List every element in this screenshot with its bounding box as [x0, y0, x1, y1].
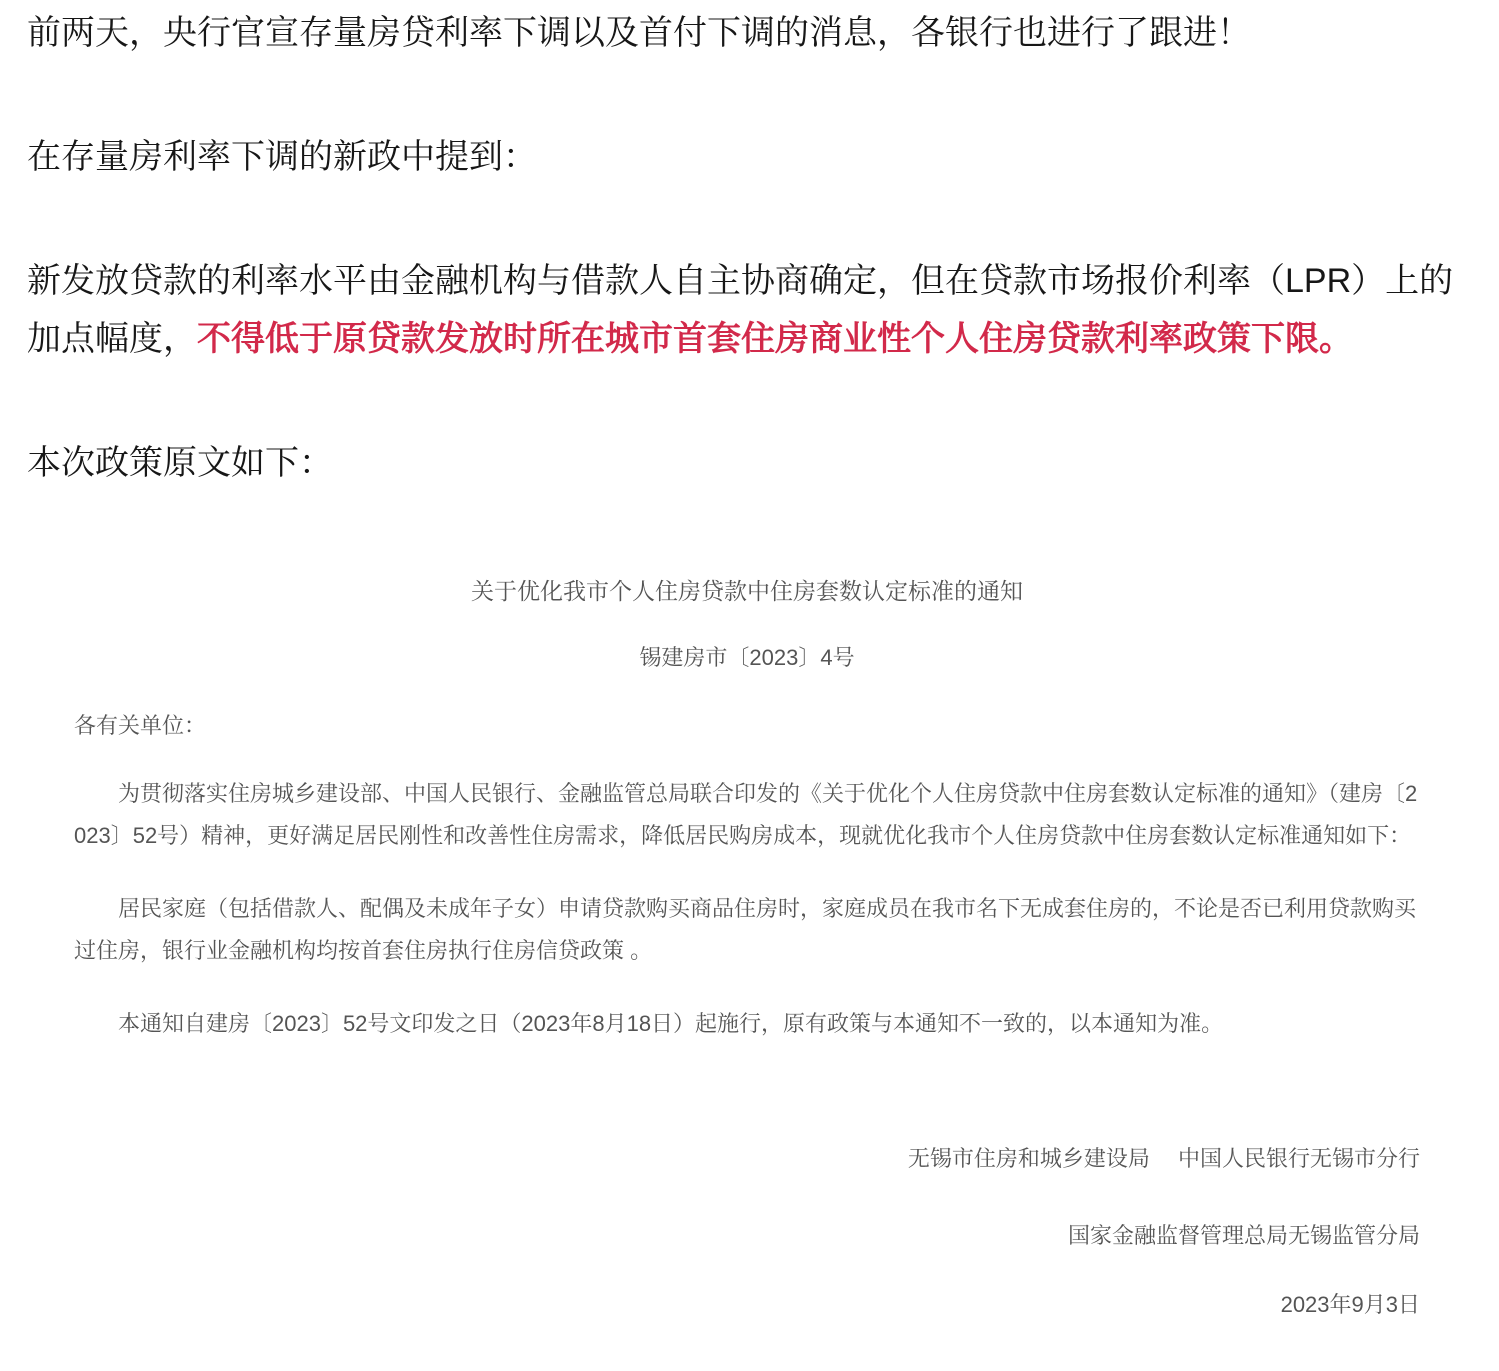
policy-notice-document: 关于优化我市个人住房贷款中住房套数认定标准的通知 锡建房市〔2023〕4号 各有…: [27, 570, 1481, 1326]
notice-title: 关于优化我市个人住房贷款中住房套数认定标准的通知: [74, 570, 1420, 612]
notice-paragraph-1: 为贯彻落实住房城乡建设部、中国人民银行、金融监管总局联合印发的《关于优化个人住房…: [74, 773, 1420, 857]
notice-salutation: 各有关单位：: [74, 705, 1420, 747]
notice-signature-line-1: 无锡市住房和城乡建设局 中国人民银行无锡市分行: [74, 1138, 1420, 1180]
notice-paragraph-2: 居民家庭（包括借款人、配偶及未成年子女）申请贷款购买商品住房时，家庭成员在我市名…: [74, 888, 1420, 972]
intro-paragraph-1: 前两天，央行官宣存量房贷利率下调以及首付下调的消息，各银行也进行了跟进！: [27, 4, 1481, 62]
notice-signature-line-2: 国家金融监督管理总局无锡监管分局: [74, 1215, 1420, 1257]
highlighted-policy-restriction: 不得低于原贷款发放时所在城市首套住房商业性个人住房贷款利率政策下限。: [197, 320, 1353, 358]
article-page: 前两天，央行官宣存量房贷利率下调以及首付下调的消息，各银行也进行了跟进！ 在存量…: [0, 0, 1499, 1326]
intro-paragraph-2: 在存量房利率下调的新政中提到：: [27, 128, 1481, 186]
intro-paragraph-4: 本次政策原文如下：: [27, 434, 1481, 492]
notice-date: 2023年9月3日: [74, 1284, 1420, 1326]
notice-doc-number: 锡建房市〔2023〕4号: [74, 637, 1420, 679]
notice-signature-block: 无锡市住房和城乡建设局 中国人民银行无锡市分行 国家金融监督管理总局无锡监管分局…: [74, 1138, 1420, 1326]
intro-paragraph-3: 新发放贷款的利率水平由金融机构与借款人自主协商确定，但在贷款市场报价利率（LPR…: [27, 252, 1481, 368]
notice-paragraph-3: 本通知自建房〔2023〕52号文印发之日（2023年8月18日）起施行，原有政策…: [74, 1003, 1420, 1045]
article-intro: 前两天，央行官宣存量房贷利率下调以及首付下调的消息，各银行也进行了跟进！ 在存量…: [27, 4, 1481, 492]
